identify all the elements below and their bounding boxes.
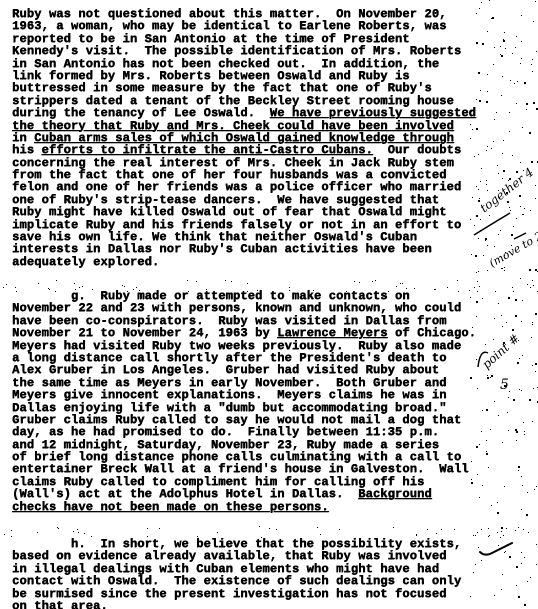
paragraph-g: g. Ruby made or attempted to make contac… xyxy=(12,290,482,513)
underlined-text: Background xyxy=(358,487,432,501)
text-line: checks have not been made on these perso… xyxy=(12,501,482,513)
text-line: on that area. xyxy=(12,600,482,609)
text-line: adequately explored. xyxy=(12,256,482,268)
text-segment: on that area. xyxy=(12,599,108,609)
underlined-text: checks have not been made on these perso… xyxy=(12,500,329,514)
check-mark-icon xyxy=(478,540,514,558)
paragraph-h: h. In short, we believe that the possibi… xyxy=(12,538,482,609)
document-page: Ruby was not questioned about this matte… xyxy=(0,0,538,609)
handwritten-arrow-icon xyxy=(470,195,538,255)
paragraph-f-continuation: Ruby was not questioned about this matte… xyxy=(12,8,482,268)
text-segment: adequately explored. xyxy=(12,255,159,269)
